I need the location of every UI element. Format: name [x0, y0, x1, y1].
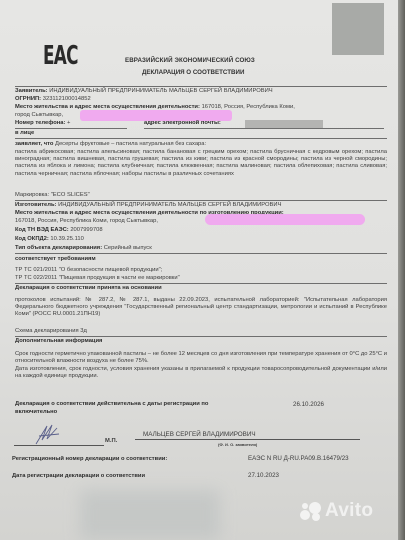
registration-date-label: Дата регистрации декларации о соответств… — [12, 473, 145, 480]
product-name: Десерты фруктовые – пастила натуральная … — [55, 141, 206, 147]
okpd-value: 10.39.25.110 — [50, 236, 83, 242]
divider — [15, 200, 387, 201]
divider — [15, 86, 387, 87]
ogrnip-label: ОГРНИП: — [15, 96, 41, 102]
object-type-row: Тип объекта декларирования: Серийный вып… — [15, 245, 152, 252]
validity-label-text2: включительно — [15, 409, 57, 415]
basis-text: протоколов испытаний: № 287.2, № 287.1, … — [15, 297, 387, 319]
document-page: ЕАС ЕВРАЗИЙСКИЙ ЭКОНОМИЧЕСКИЙ СОЮЗ ДЕКЛА… — [0, 0, 398, 540]
additional-info-label: Дополнительная информация — [15, 338, 102, 345]
object-type-label: Тип объекта декларирования: — [15, 245, 102, 251]
photo-blur — [80, 490, 220, 540]
redaction-email — [245, 120, 323, 128]
avito-watermark: Avito — [300, 500, 373, 522]
declares-label: заявляет, что — [15, 141, 53, 147]
requirements-label: соответствует требованиям — [15, 256, 96, 263]
redacted-qr-area — [332, 3, 384, 55]
eac-logo: ЕАС — [43, 41, 78, 71]
phone-value: + — [67, 120, 70, 126]
requirement-item: ТР ТС 021/2011 "О безопасности пищевой п… — [15, 267, 162, 274]
registration-number: ЕАЭС N RU Д-RU.РА09.В.16479/23 — [248, 455, 349, 462]
additional-info-label-text: Дополнительная информация — [15, 338, 102, 344]
signature-icon — [33, 422, 65, 446]
validity-label-line2: включительно — [15, 409, 57, 416]
marking: Маркировка: "ECO SLICES" — [15, 192, 90, 199]
represented-by-label: в лице — [15, 130, 34, 136]
requirement-item: ТР ТС 022/2011 "Пищевая продукция в част… — [15, 275, 180, 282]
object-type-value: Серийный выпуск — [104, 245, 152, 251]
basis-label: Декларация о соответствии принята на осн… — [15, 285, 162, 292]
registration-date: 27.10.2023 — [248, 472, 279, 479]
okpd-label: Код ОКПД2: — [15, 236, 49, 242]
manufacturer-label: Изготовитель: — [15, 202, 56, 208]
applicant-row: Заявитель: ИНДИВИДУАЛЬНЫЙ ПРЕДПРИНИМАТЕЛ… — [15, 88, 273, 95]
signature-line — [14, 445, 104, 446]
okpd-row: Код ОКПД2: 10.39.25.110 — [15, 236, 84, 243]
divider — [15, 138, 387, 139]
avito-logo-icon — [300, 501, 322, 521]
divider — [15, 128, 127, 129]
stamp-label: М.П. — [105, 438, 117, 445]
declaration-scheme: Схема декларирования 3д — [15, 328, 87, 335]
document-title: ДЕКЛАРАЦИЯ О СООТВЕТСТВИИ — [142, 69, 244, 76]
requirements-label-text: соответствует требованиям — [15, 256, 96, 262]
redaction-manufacturer-address — [205, 214, 365, 225]
signatory-name: МАЛЬЦЕВ СЕРГЕЙ ВЛАДИМИРОВИЧ — [143, 431, 256, 438]
additional-info-para2: Дата изготовления, срок годности, услови… — [15, 366, 387, 380]
ogrnip-row: ОГРНИП: 323112100014852 — [15, 96, 91, 103]
registration-number-label: Регистрационный номер декларации о соотв… — [12, 456, 167, 463]
validity-date: 26.10.2026 — [293, 401, 324, 408]
declares-row: заявляет, что Десерты фруктовые – пастил… — [15, 141, 206, 148]
paper-edge-shadow — [398, 0, 405, 540]
ogrnip-value: 323112100014852 — [43, 96, 91, 102]
tnved-label: Код ТН ВЭД ЕАЭС: — [15, 227, 69, 233]
email-row: адрес электронной почты: — [144, 120, 221, 127]
phone-row: Номер телефона: + — [15, 120, 70, 127]
signatory-caption: (Ф. И. О. заявителя) — [218, 441, 257, 448]
tnved-row: Код ТН ВЭД ЕАЭС: 2007999708 — [15, 227, 103, 234]
basis-label-text: Декларация о соответствии принята на осн… — [15, 285, 162, 291]
phone-label: Номер телефона: — [15, 120, 65, 126]
additional-info-para1: Срок годности герметично упакованной пас… — [15, 351, 387, 365]
email-label: адрес электронной почты: — [144, 120, 221, 126]
manufacturer-row: Изготовитель: ИНДИВИДУАЛЬНЫЙ ПРЕДПРИНИМА… — [15, 202, 281, 209]
divider — [15, 253, 387, 254]
name-line — [135, 439, 360, 440]
divider — [144, 128, 384, 129]
tnved-value: 2007999708 — [70, 227, 102, 233]
registration-date-label-text: Дата регистрации декларации о соответств… — [12, 473, 145, 479]
divider — [15, 283, 387, 284]
represented-by: в лице — [15, 130, 34, 137]
union-title: ЕВРАЗИЙСКИЙ ЭКОНОМИЧЕСКИЙ СОЮЗ — [125, 57, 255, 64]
validity-label-line1: Декларация о соответствии действительна … — [15, 401, 208, 408]
validity-label-text: Декларация о соответствии действительна … — [15, 401, 208, 407]
applicant-label: Заявитель: — [15, 88, 48, 94]
registration-number-label-text: Регистрационный номер декларации о соотв… — [12, 456, 167, 462]
product-list: пастила абрикосовая; пастила апельсинова… — [15, 149, 387, 178]
applicant-value: ИНДИВИДУАЛЬНЫЙ ПРЕДПРИНИМАТЕЛЬ МАЛЬЦЕВ С… — [49, 88, 272, 94]
manufacturer-address-value: 167018, Россия, Республика Коми, город С… — [15, 218, 158, 225]
manufacturer-value: ИНДИВИДУАЛЬНЫЙ ПРЕДПРИНИМАТЕЛЬ МАЛЬЦЕВ С… — [58, 202, 281, 208]
divider — [15, 336, 387, 337]
avito-text: Avito — [325, 500, 373, 522]
applicant-city: город Сыктывкар, — [15, 112, 63, 119]
